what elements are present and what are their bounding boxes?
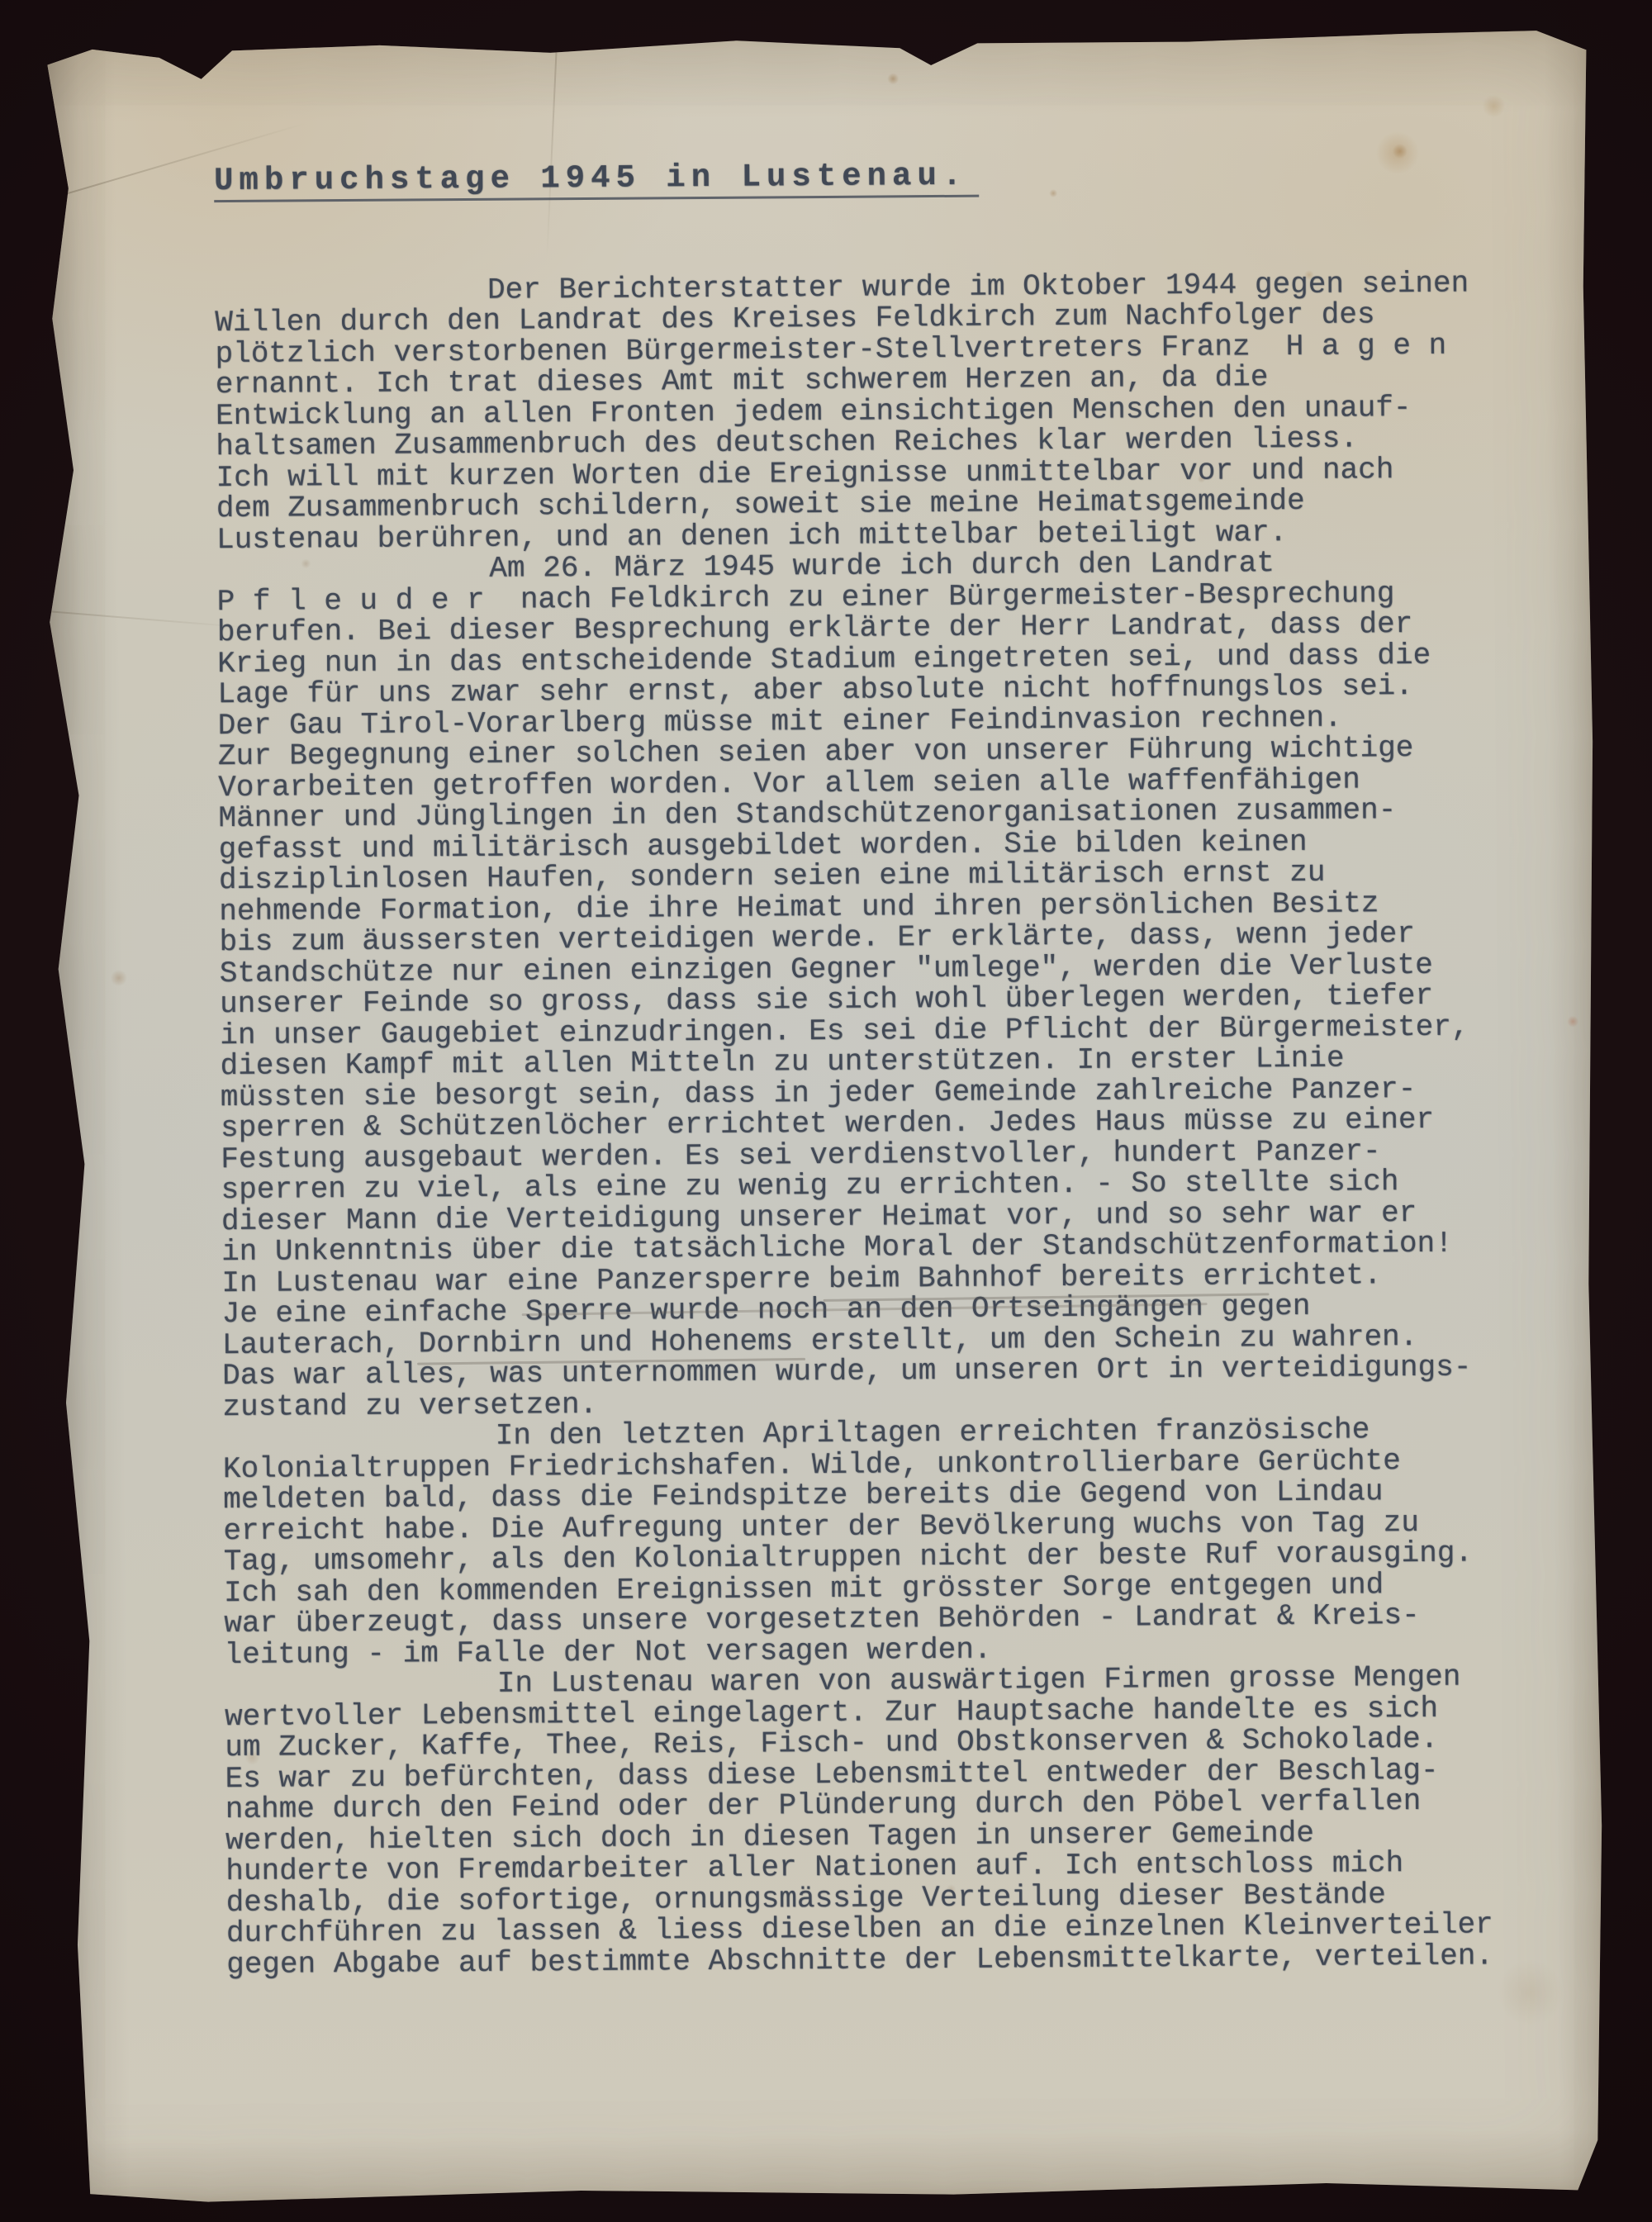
paragraph: Der Berichterstatter wurde im Oktober 19… [215, 268, 1530, 556]
paragraph: In den letzten Apriltagen erreichten fra… [223, 1413, 1538, 1670]
paragraph: In Lustenau waren von auswärtigen Firmen… [225, 1661, 1540, 1980]
document-body: Der Berichterstatter wurde im Oktober 19… [215, 268, 1540, 1981]
paper-sheet: Umbruchstage 1945 in Lustenau. Der Beric… [38, 26, 1606, 2205]
paragraph: Am 26. März 1945 wurde ich durch den Lan… [216, 546, 1536, 1422]
scan-background: Umbruchstage 1945 in Lustenau. Der Beric… [0, 0, 1652, 2222]
document-title: Umbruchstage 1945 in Lustenau. [214, 161, 979, 202]
typewritten-text: Umbruchstage 1945 in Lustenau. Der Beric… [214, 157, 1540, 1980]
text-line: gegen Abgabe auf bestimmte Abschnitte de… [226, 1940, 1540, 1980]
